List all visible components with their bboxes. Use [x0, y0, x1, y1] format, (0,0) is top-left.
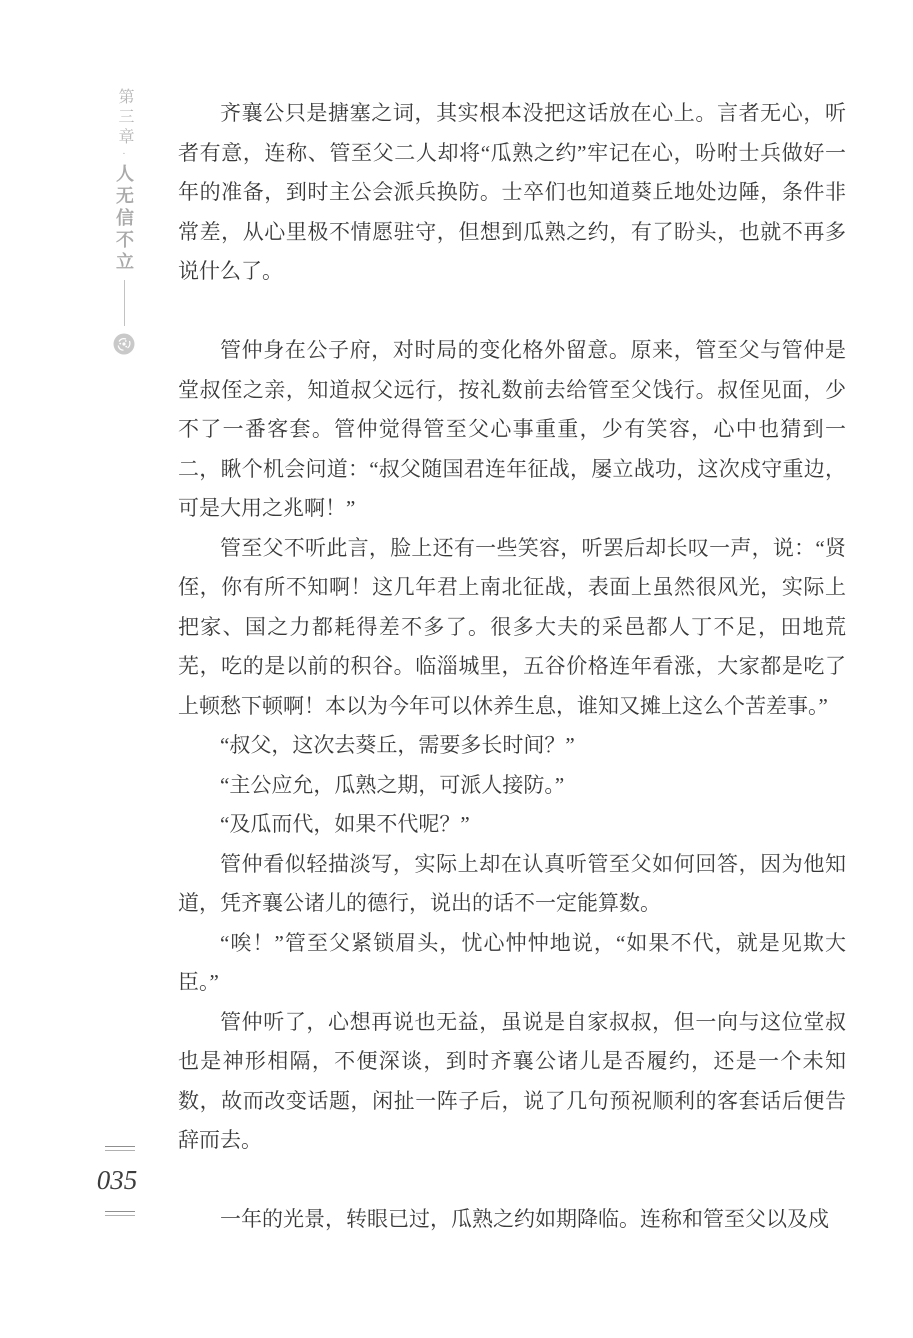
paragraph-narrative: 管仲看似轻描淡写，实际上却在认真听管至父如何回答，因为他知道，凭齐襄公诸儿的德行…: [178, 845, 846, 924]
book-page: { "sidebar": { "chapter_label": "第三章", "…: [0, 0, 913, 1338]
page-body-text: 齐襄公只是搪塞之词，其实根本没把这话放在心上。言者无心，听者有意，连称、管至父二…: [178, 94, 846, 1240]
paragraph-narrative: 管至父不听此言，脸上还有一些笑容，听罢后却长叹一声，说：“贤侄，你有所不知啊！这…: [178, 529, 846, 727]
paragraph-dialogue: “及瓜而代，如果不代呢？”: [178, 805, 846, 845]
paragraph-dialogue: “唉！”管至父紧锁眉头，忧心忡忡地说，“如果不代，就是见欺大臣。”: [178, 924, 846, 1003]
page-number-block: 035: [92, 1146, 148, 1216]
chapter-seal-icon: [113, 333, 135, 355]
paragraph-narrative: 管仲身在公子府，对时局的变化格外留意。原来，管至父与管仲是堂叔侄之亲，知道叔父远…: [178, 331, 846, 529]
folio-rule-top: [105, 1146, 135, 1151]
chapter-separator-dot: ·: [118, 148, 130, 164]
sidebar-vertical-rule: [124, 280, 125, 326]
chapter-number-label: 第三章: [116, 88, 133, 148]
chapter-heading-vertical: 第三章·人无信不立: [115, 88, 133, 274]
chapter-sidebar: 第三章·人无信不立: [102, 88, 146, 355]
chapter-title: 人无信不立: [114, 164, 134, 274]
paragraph-dialogue: “叔父，这次去葵丘，需要多长时间？”: [178, 726, 846, 766]
paragraph-narrative: 一年的光景，转眼已过，瓜熟之约如期降临。连称和管至父以及戍: [178, 1200, 846, 1240]
paragraph-narrative: 齐襄公只是搪塞之词，其实根本没把这话放在心上。言者无心，听者有意，连称、管至父二…: [178, 94, 846, 292]
paragraph-dialogue: “主公应允，瓜熟之期，可派人接防。”: [178, 766, 846, 806]
page-number: 035: [86, 1165, 148, 1195]
paragraph-narrative: 管仲听了，心想再说也无益，虽说是自家叔叔，但一向与这位堂叔也是神形相隔，不便深谈…: [178, 1003, 846, 1161]
folio-rule-bottom: [105, 1211, 135, 1216]
